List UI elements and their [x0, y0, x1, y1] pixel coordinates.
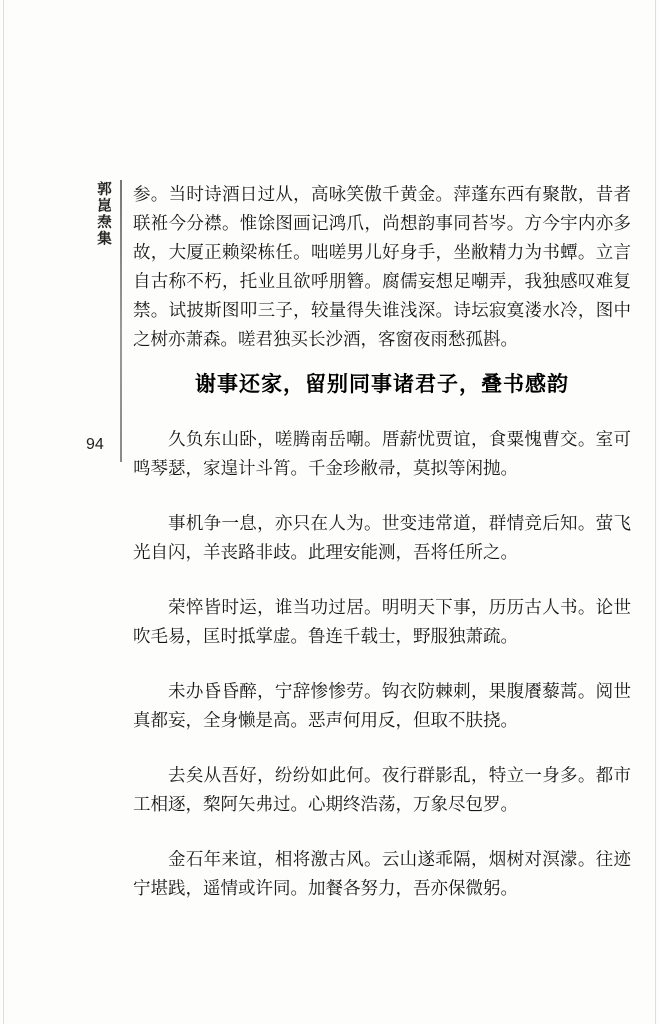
stanza-3: 荣悴皆时运，谁当功过居。明明天下事，历历古人书。论世 吹毛易，匡时抵掌虚。鲁连千… [133, 593, 631, 651]
poem-line: 事机争一息，亦只在人为。世变违常道，群情竞后知。萤飞 [133, 509, 631, 538]
poem-line: 之树亦萧森。嗟君独买长沙酒，客窗夜雨愁孤斟。 [133, 325, 631, 354]
stanza-6: 金石年来谊，相将激古风。云山遂乖隔，烟树对溟濛。往迹 宁堪践，遥情或许同。加餐各… [133, 845, 631, 903]
poem-line: 未办昏昏醉，宁辞惨惨劳。钩衣防棘刺，果腹餍藜蒿。阅世 [133, 677, 631, 706]
stanza-4: 未办昏昏醉，宁辞惨惨劳。钩衣防棘刺，果腹餍藜蒿。阅世 真都妄，全身懒是高。恶声何… [133, 677, 631, 735]
poem-line: 去矣从吾好，纷纷如此何。夜行群影乱，特立一身多。都市 [133, 761, 631, 790]
poem-line: 禁。试披斯图叩三子，较量得失谁浅深。诗坛寂寞溇水冷，图中 [133, 296, 631, 325]
scan-edge-right [655, 0, 656, 1024]
poem-title-heading: 谢事还家，留别同事诸君子，叠书感韵 [133, 369, 631, 399]
main-text-column: 参。当时诗酒日过从，高咏笑傲千黄金。萍蓬东西有聚散，昔者 联袵今分襟。惟馀图画记… [133, 180, 631, 903]
poem-line: 自古称不朽，托业且欲呼朋簪。腐儒妄想足嘲弄，我独感叹难复 [133, 267, 631, 296]
previous-poem: 参。当时诗酒日过从，高咏笑傲千黄金。萍蓬东西有聚散，昔者 联袵今分襟。惟馀图画记… [133, 180, 631, 354]
poem-line: 吹毛易，匡时抵掌虚。鲁连千载士，野服独萧疏。 [133, 622, 631, 651]
book-title: 郭崑焘集 [93, 181, 114, 247]
poem-line: 真都妄，全身懒是高。恶声何用反，但取不肤挠。 [133, 706, 631, 735]
poem-line: 荣悴皆时运，谁当功过居。明明天下事，历历古人书。论世 [133, 593, 631, 622]
poem-line: 宁堪践，遥情或许同。加餐各努力，吾亦保微躬。 [133, 874, 631, 903]
page-number: 94 [86, 436, 104, 454]
poem-line: 联袵今分襟。惟馀图画记鸿爪，尚想韵事同苔岑。方今宇内亦多 [133, 209, 631, 238]
scan-edge-left [3, 0, 4, 1024]
stanza-5: 去矣从吾好，纷纷如此何。夜行群影乱，特立一身多。都市 工相逐，棃阿矢弗过。心期终… [133, 761, 631, 819]
poem-line: 金石年来谊，相将激古风。云山遂乖隔，烟树对溟濛。往迹 [133, 845, 631, 874]
poem-line: 光自闪，羊丧路非歧。此理安能测，吾将任所之。 [133, 538, 631, 567]
book-page: 郭崑焘集 94 参。当时诗酒日过从，高咏笑傲千黄金。萍蓬东西有聚散，昔者 联袵今… [0, 0, 659, 1024]
stanza-1: 久负东山卧，嗟腾南岳嘲。厝薪忧贾谊，食粟愧曹交。室可 鸣琴瑟，家遑计斗筲。千金珍… [133, 425, 631, 483]
page-margin-rule [120, 180, 122, 462]
stanza-2: 事机争一息，亦只在人为。世变违常道，群情竞后知。萤飞 光自闪，羊丧路非歧。此理安… [133, 509, 631, 567]
poem-line: 久负东山卧，嗟腾南岳嘲。厝薪忧贾谊，食粟愧曹交。室可 [133, 425, 631, 454]
poem-line: 参。当时诗酒日过从，高咏笑傲千黄金。萍蓬东西有聚散，昔者 [133, 180, 631, 209]
poem-line: 工相逐，棃阿矢弗过。心期终浩荡，万象尽包罗。 [133, 790, 631, 819]
poem-line: 鸣琴瑟，家遑计斗筲。千金珍敝帚，莫拟等闲抛。 [133, 454, 631, 483]
poem-line: 故，大厦正赖梁栋任。咄嗟男儿好身手，坐敝精力为书蟫。立言 [133, 238, 631, 267]
